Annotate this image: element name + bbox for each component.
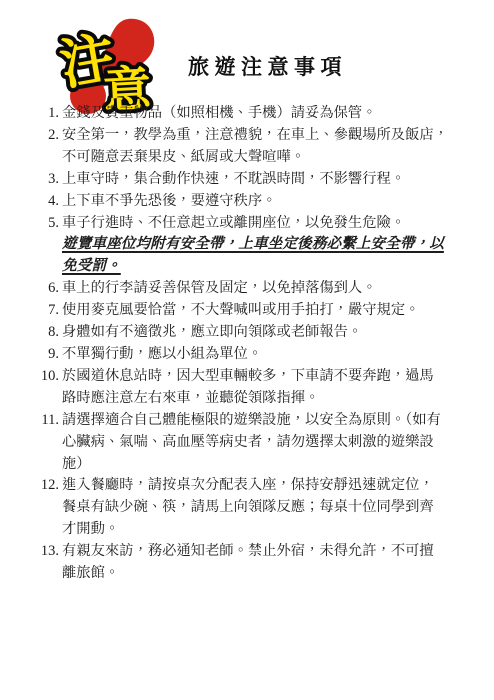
item-text: 上下車不爭先恐後，要遵守秩序。	[62, 191, 455, 213]
item-body: 金錢及貴重物品（如照相機、手機）請妥為保管。	[62, 103, 455, 125]
item-number: 12.	[35, 475, 59, 497]
document-page: 注 意 旅遊注意事項 1. 金錢及貴重物品（如照相機、手機）請妥為保管。 2. …	[0, 0, 494, 700]
page-title: 旅遊注意事項	[188, 51, 347, 81]
item-number: 2.	[35, 125, 59, 147]
item-number: 6.	[35, 278, 59, 300]
item-body: 身體如有不適徵兆，應立即向領隊或老師報告。	[62, 322, 455, 344]
notice-item: 11. 請選擇適合自己體能極限的遊樂設施，以安全為原則。（如有 心臟病、氣喘、高…	[35, 410, 460, 476]
notice-item: 2. 安全第一，教學為重，注意禮貌，在車上、參觀場所及飯店， 不可隨意丟棄果皮、…	[35, 125, 460, 169]
notice-item: 4. 上下車不爭先恐後，要遵守秩序。	[35, 191, 460, 213]
item-text: 於國道休息站時，因大型車輛較多，下車請不要奔跑，過馬 路時應注意左右來車，並聽從…	[62, 366, 455, 410]
item-body: 安全第一，教學為重，注意禮貌，在車上、參觀場所及飯店， 不可隨意丟棄果皮、紙屑或…	[62, 125, 455, 169]
attention-logo: 注 意	[50, 14, 185, 114]
item-text: 金錢及貴重物品（如照相機、手機）請妥為保管。	[62, 103, 455, 125]
notice-item: 8. 身體如有不適徵兆，應立即向領隊或老師報告。	[35, 322, 460, 344]
item-body: 進入餐廳時，請按桌次分配表入座，保持安靜迅速就定位， 餐桌有缺少碗、筷，請馬上向…	[62, 475, 455, 541]
item-text: 上車守時，集合動作快速，不耽誤時間，不影響行程。	[62, 169, 455, 191]
notice-item: 3. 上車守時，集合動作快速，不耽誤時間，不影響行程。	[35, 169, 460, 191]
item-number: 11.	[35, 410, 59, 432]
notice-item: 12. 進入餐廳時，請按桌次分配表入座，保持安靜迅速就定位， 餐桌有缺少碗、筷，…	[35, 475, 460, 541]
item-text: 身體如有不適徵兆，應立即向領隊或老師報告。	[62, 322, 455, 344]
item-number: 10.	[35, 366, 59, 388]
item-number: 7.	[35, 300, 59, 322]
seatbelt-warning-note: 遊覽車座位均附有安全帶，上車坐定後務必繫上安全帶，以 免受罰。	[62, 234, 455, 278]
item-body: 於國道休息站時，因大型車輛較多，下車請不要奔跑，過馬 路時應注意左右來車，並聽從…	[62, 366, 455, 410]
item-number: 3.	[35, 169, 59, 191]
item-text: 車子行進時、不任意起立或離開座位，以免發生危險。	[62, 213, 455, 235]
item-body: 請選擇適合自己體能極限的遊樂設施，以安全為原則。（如有 心臟病、氣喘、高血壓等病…	[62, 410, 455, 476]
item-text: 使用麥克風要恰當，不大聲喊叫或用手拍打，嚴守規定。	[62, 300, 455, 322]
notice-item: 5. 車子行進時、不任意起立或離開座位，以免發生危險。 遊覽車座位均附有安全帶，…	[35, 213, 460, 279]
item-number: 13.	[35, 541, 59, 563]
item-body: 上下車不爭先恐後，要遵守秩序。	[62, 191, 455, 213]
notice-item: 7. 使用麥克風要恰當，不大聲喊叫或用手拍打，嚴守規定。	[35, 300, 460, 322]
notice-item: 9. 不單獨行動，應以小組為單位。	[35, 344, 460, 366]
item-body: 使用麥克風要恰當，不大聲喊叫或用手拍打，嚴守規定。	[62, 300, 455, 322]
item-body: 上車守時，集合動作快速，不耽誤時間，不影響行程。	[62, 169, 455, 191]
item-number: 5.	[35, 213, 59, 235]
item-text: 請選擇適合自己體能極限的遊樂設施，以安全為原則。（如有 心臟病、氣喘、高血壓等病…	[62, 410, 455, 476]
item-text: 車上的行李請妥善保管及固定，以免掉落傷到人。	[62, 278, 455, 300]
item-number: 1.	[35, 103, 59, 125]
item-body: 有親友來訪，務必通知老師。禁止外宿，未得允許，不可擅 離旅館。	[62, 541, 455, 585]
item-body: 車上的行李請妥善保管及固定，以免掉落傷到人。	[62, 278, 455, 300]
notice-item: 1. 金錢及貴重物品（如照相機、手機）請妥為保管。	[35, 103, 460, 125]
item-body: 車子行進時、不任意起立或離開座位，以免發生危險。 遊覽車座位均附有安全帶，上車坐…	[62, 213, 455, 279]
item-number: 4.	[35, 191, 59, 213]
item-number: 9.	[35, 344, 59, 366]
notice-item: 13. 有親友來訪，務必通知老師。禁止外宿，未得允許，不可擅 離旅館。	[35, 541, 460, 585]
notice-item: 6. 車上的行李請妥善保管及固定，以免掉落傷到人。	[35, 278, 460, 300]
notice-list: 1. 金錢及貴重物品（如照相機、手機）請妥為保管。 2. 安全第一，教學為重，注…	[35, 103, 460, 585]
item-text: 安全第一，教學為重，注意禮貌，在車上、參觀場所及飯店， 不可隨意丟棄果皮、紙屑或…	[62, 125, 455, 169]
item-text: 進入餐廳時，請按桌次分配表入座，保持安靜迅速就定位， 餐桌有缺少碗、筷，請馬上向…	[62, 475, 455, 541]
item-text: 不單獨行動，應以小組為單位。	[62, 344, 455, 366]
notice-item: 10. 於國道休息站時，因大型車輛較多，下車請不要奔跑，過馬 路時應注意左右來車…	[35, 366, 460, 410]
item-number: 8.	[35, 322, 59, 344]
item-text: 有親友來訪，務必通知老師。禁止外宿，未得允許，不可擅 離旅館。	[62, 541, 455, 585]
item-body: 不單獨行動，應以小組為單位。	[62, 344, 455, 366]
